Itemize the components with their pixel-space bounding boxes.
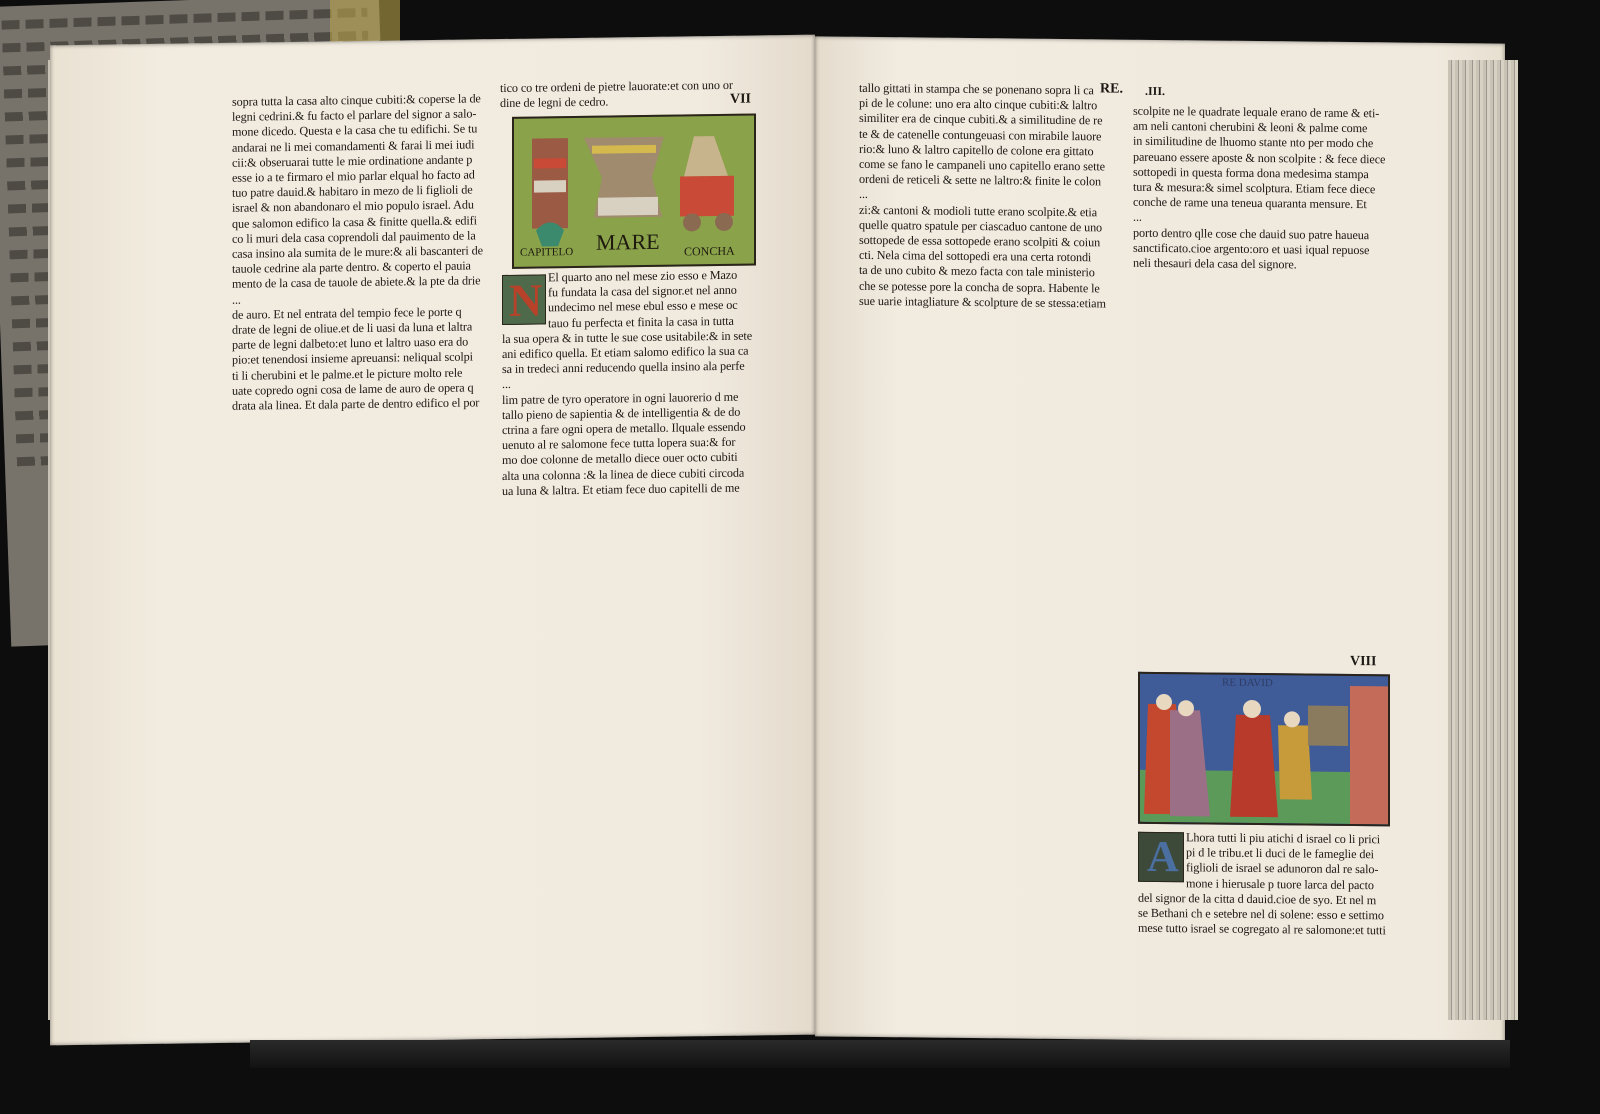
woodcut-illustration: [1140, 674, 1388, 825]
woodcut-label-capitelo: CAPITELO: [520, 246, 573, 259]
page-marker-vii: VII: [730, 92, 751, 108]
right-page: RE. .III. tallo gittati in stampa che se…: [815, 36, 1505, 1043]
right-page-edges: [1448, 60, 1518, 1020]
text-line: sue uarie intagliature & scolpture de se…: [859, 294, 1121, 312]
display-stand: [250, 1040, 1510, 1068]
text-line: mese tutto israel se cogregato al re sal…: [1138, 921, 1400, 939]
text-line: neli thesauri dela casa del signore.: [1133, 256, 1395, 274]
running-head-number: .III.: [1145, 84, 1165, 99]
left-column-1: sopra tutta la casa alto cinque cubiti:&…: [232, 91, 514, 414]
text-line: drata ala linea. Et dala parte de dentro…: [232, 395, 514, 414]
left-column-2: El quarto ano nel mese zio esso e Mazofu…: [502, 267, 772, 499]
page-marker-viii: VIII: [1350, 654, 1376, 670]
open-book: sopra tutta la casa alto cinque cubiti:&…: [30, 40, 1530, 1050]
woodcut-label-mare: MARE: [596, 229, 660, 256]
right-column-2-after: Lhora tutti li piu atichi d israel co li…: [1138, 830, 1400, 939]
woodcut-label-concha: CONCHA: [684, 244, 735, 260]
left-page: sopra tutta la casa alto cinque cubiti:&…: [50, 35, 815, 1046]
woodcut-temple-vessels: CAPITELO MARE CONCHA: [512, 113, 756, 268]
woodcut-re-david: RE DAVID: [1138, 672, 1390, 827]
woodcut-label-re-david: RE DAVID: [1222, 677, 1273, 690]
right-column-2: scolpite ne le quadrate lequale erano de…: [1133, 104, 1395, 274]
text-line: ua luna & laltra. Et etiam fece duo capi…: [502, 480, 772, 499]
right-column-1: tallo gittati in stampa che se ponenano …: [859, 81, 1121, 312]
